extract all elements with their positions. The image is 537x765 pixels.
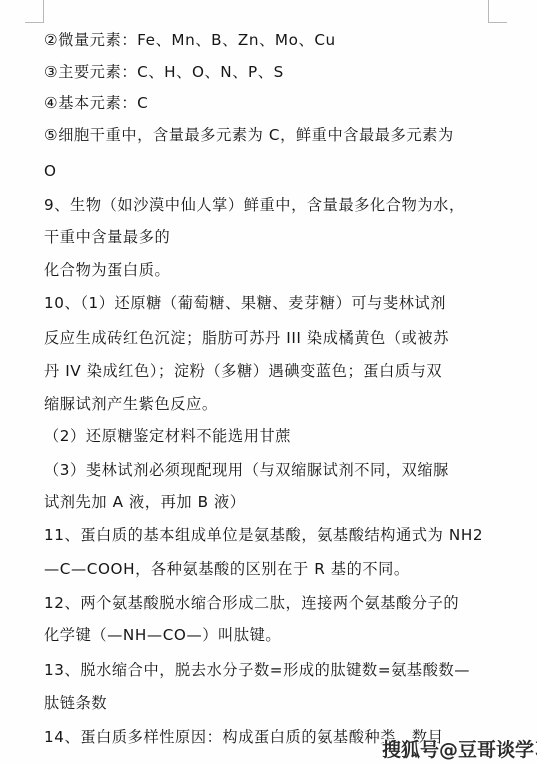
text-line-item-12-cont: 化学键（—NH—CO—）叫肽键。 (44, 625, 281, 645)
text-line-item-10: 10、（1）还原糖（葡萄糖、果糖、麦芽糖）可与斐林试剂 (44, 293, 446, 313)
text-line-item-10-cont-2: 丹 IV 染成红色）；淀粉（多糖）遇碘变蓝色；蛋白质与双 (44, 361, 442, 381)
text-line-trace-elements: ②微量元素：Fe、Mn、B、Zn、Mo、Cu (44, 30, 336, 50)
text-line-item-9: 9、生物（如沙漠中仙人掌）鲜重中，含量最多化合物为水， (44, 195, 465, 215)
text-line-basic-element: ④基本元素：C (44, 93, 148, 113)
document-page: ②微量元素：Fe、Mn、B、Zn、Mo、Cu ③主要元素：C、H、O、N、P、S… (0, 0, 537, 765)
text-line-item-10-sub-3-cont: 试剂先加 A 液，再加 B 液） (44, 492, 246, 512)
text-line-item-9-cont-2: 化合物为蛋白质。 (44, 260, 170, 280)
text-line-item-10-cont-3: 缩脲试剂产生紫色反应。 (44, 394, 218, 414)
text-line-oxygen: O (44, 161, 57, 181)
text-line-item-11: 11、蛋白质的基本组成单位是氨基酸，氨基酸结构通式为 NH2 (44, 525, 483, 545)
watermark-text: 搜狐号@豆哥谈学习 (382, 735, 537, 762)
text-line-item-9-cont-1: 干重中含量最多的 (44, 227, 170, 247)
text-line-dry-fresh-weight: ⑤细胞干重中，含量最多元素为 C，鲜重中含最最多元素为 (44, 125, 454, 145)
text-line-item-10-sub-2: （2）还原糖鉴定材料不能选用甘蔗 (44, 426, 291, 446)
page-corner-mark-top-right (488, 0, 507, 23)
text-line-major-elements: ③主要元素：C、H、O、N、P、S (44, 62, 284, 82)
text-line-item-13-cont: 肽链条数 (44, 693, 107, 713)
page-corner-mark-top-left (25, 0, 44, 23)
text-line-item-10-sub-3: （3）斐林试剂必须现配现用（与双缩脲试剂不同，双缩脲 (44, 460, 449, 480)
text-line-item-12: 12、两个氨基酸脱水缩合形成二肽，连接两个氨基酸分子的 (44, 593, 459, 613)
text-line-item-10-cont-1: 反应生成砖红色沉淀；脂肪可苏丹 III 染成橘黄色（或被苏 (44, 328, 449, 348)
text-line-item-11-cont: —C—COOH，各种氨基酸的区别在于 R 基的不同。 (44, 559, 410, 579)
text-line-item-13: 13、脱水缩合中，脱去水分子数=形成的肽键数=氨基酸数— (44, 660, 470, 680)
